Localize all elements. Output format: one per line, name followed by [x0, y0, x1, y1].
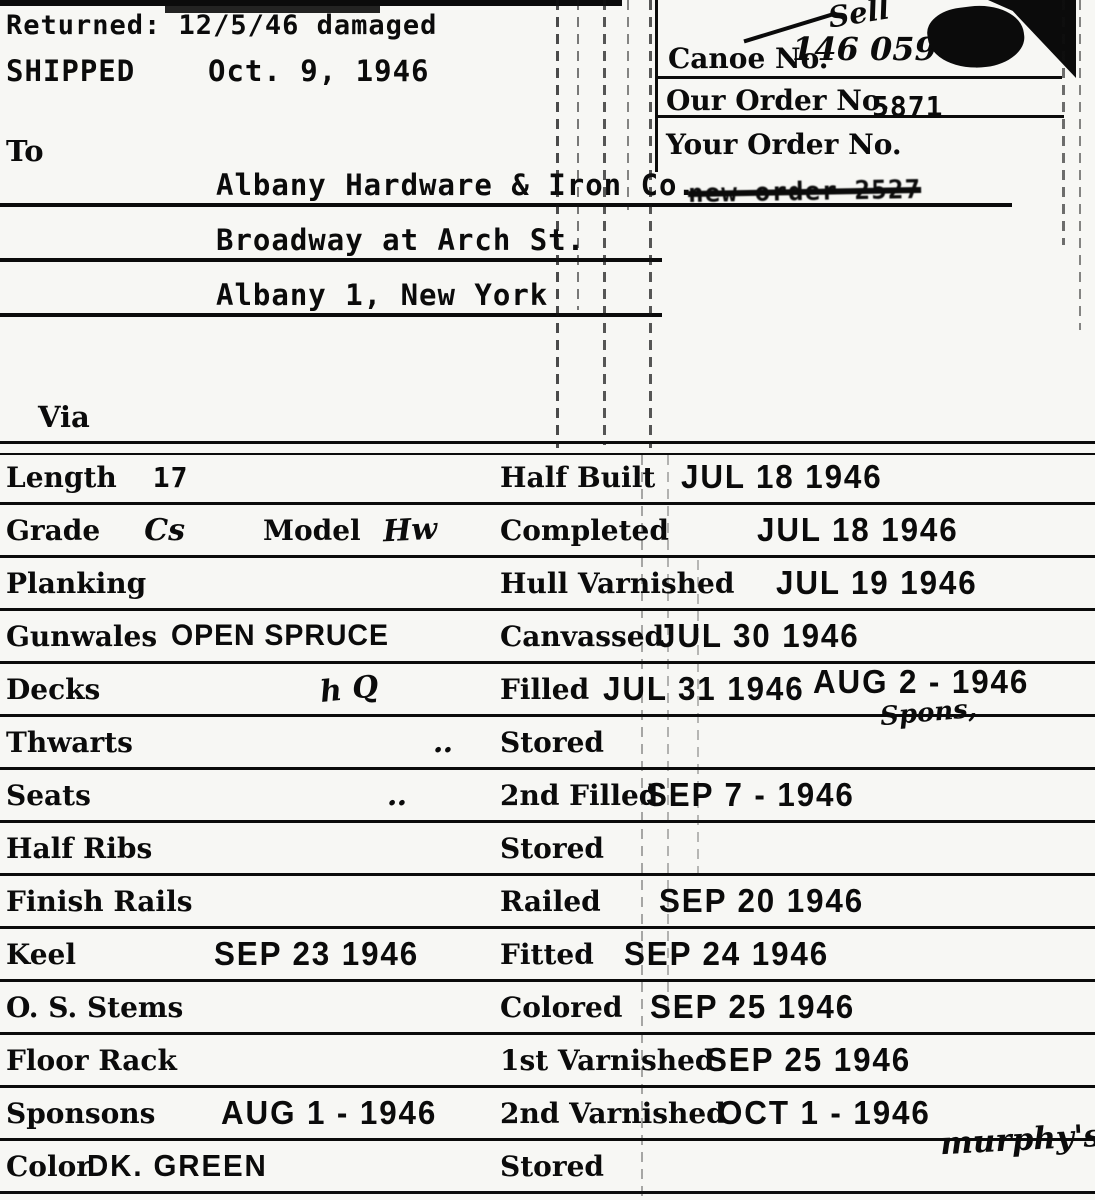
table-row: Finish RailsRailedSEP 20 1946 [0, 876, 1095, 929]
status-cell: RailedSEP 20 1946 [500, 876, 1095, 926]
via-label: Via [38, 400, 90, 434]
status-label: Canvassed [500, 620, 664, 653]
spec-label: Planking [6, 567, 146, 600]
spec-cell: Finish Rails [0, 876, 500, 926]
spec-cell: Planking [0, 558, 500, 608]
status-cell: CanvassedJUL 30 1946 [500, 611, 1095, 661]
spec-value-2: Hw [382, 511, 438, 549]
status-extra-date-stamp: AUG 2 - 1946 [813, 663, 1029, 701]
status-label: Half Built [500, 461, 655, 494]
address-line-1: Albany Hardware & Iron Co. [216, 168, 696, 202]
status-cell: ColoredSEP 25 1946 [500, 982, 1095, 1032]
our-order-value: 5871 [872, 90, 943, 123]
table-row: ColorDK. GREENStored [0, 1141, 1095, 1194]
status-date-stamp: JUL 18 1946 [681, 458, 883, 496]
spec-cell: Floor Rack [0, 1035, 500, 1085]
status-label: Stored [500, 726, 604, 759]
spec-cell: Thwarts‥ [0, 717, 500, 767]
spec-value: 17 [153, 461, 189, 494]
table-row: Seats‥2nd FilledSEP 7 - 1946 [0, 770, 1095, 823]
status-date-stamp: SEP 25 1946 [706, 1041, 911, 1079]
status-label: 2nd Varnished [500, 1097, 726, 1130]
spec-cell: KeelSEP 23 1946 [0, 929, 500, 979]
spec-cell: Half Ribs [0, 823, 500, 873]
spec-value: SEP 23 1946 [214, 935, 419, 973]
spec-cell: ColorDK. GREEN [0, 1141, 500, 1191]
spec-cell: O. S. Stems [0, 982, 500, 1032]
spec-value: DK. GREEN [87, 1148, 268, 1184]
address-line-3: Albany 1, New York [216, 278, 548, 312]
ink-blot [925, 0, 1028, 73]
rule-line [0, 203, 1012, 207]
to-label: To [6, 134, 44, 168]
returned-note: Returned: 12/5/46 damaged [6, 10, 437, 41]
status-cell: FilledJUL 31 1946AUG 2 - 1946Spons, [500, 664, 1095, 714]
spec-cell: Length17 [0, 452, 500, 502]
status-label: Colored [500, 991, 622, 1024]
table-row: SponsonsAUG 1 - 19462nd VarnishedOCT 1 -… [0, 1088, 1095, 1141]
order-box-border [655, 0, 658, 172]
rule-line [658, 115, 1064, 118]
spec-label: Seats [6, 779, 91, 812]
status-label: Completed [500, 514, 669, 547]
canoe-no-value: 146 059 [792, 30, 937, 68]
record-table: Length17Half BuiltJUL 18 1946GradeCsMode… [0, 452, 1095, 1194]
status-label: Stored [500, 832, 604, 865]
spec-label: Thwarts [6, 726, 133, 759]
status-cell: 2nd VarnishedOCT 1 - 1946murphy's [500, 1088, 1095, 1138]
status-cell: 1st VarnishedSEP 25 1946 [500, 1035, 1095, 1085]
status-label: 2nd Filled [500, 779, 658, 812]
spec-label: O. S. Stems [6, 991, 183, 1024]
spec-label: Finish Rails [6, 885, 192, 918]
card-header: Returned: 12/5/46 damaged SHIPPED Oct. 9… [0, 0, 1095, 455]
status-date-stamp: JUL 18 1946 [757, 511, 959, 549]
table-row: KeelSEP 23 1946FittedSEP 24 1946 [0, 929, 1095, 982]
status-label: Fitted [500, 938, 594, 971]
spec-label: Length [6, 461, 117, 494]
status-label: Hull Varnished [500, 567, 734, 600]
status-cell: FittedSEP 24 1946 [500, 929, 1095, 979]
status-cell: Stored [500, 823, 1095, 873]
spec-cell: Seats‥ [0, 770, 500, 820]
spec-value: h Q [319, 669, 381, 710]
table-row: O. S. StemsColoredSEP 25 1946 [0, 982, 1095, 1035]
status-label: 1st Varnished [500, 1044, 714, 1077]
spec-cell: GradeCsModelHw [0, 505, 500, 555]
rule-line [658, 76, 1062, 79]
status-date-stamp: JUL 19 1946 [776, 564, 978, 602]
spec-label-2: Model [263, 514, 361, 547]
table-row: Floor Rack1st VarnishedSEP 25 1946 [0, 1035, 1095, 1088]
status-cell: Half BuiltJUL 18 1946 [500, 452, 1095, 502]
status-date-stamp: SEP 25 1946 [650, 988, 855, 1026]
status-date-stamp: SEP 7 - 1946 [646, 776, 855, 814]
rule-line [0, 258, 662, 262]
status-cell: 2nd FilledSEP 7 - 1946 [500, 770, 1095, 820]
table-row: Half RibsStored [0, 823, 1095, 876]
status-label: Stored [500, 1150, 604, 1183]
spec-label: Decks [6, 673, 100, 706]
status-date-stamp: SEP 24 1946 [624, 935, 829, 973]
table-row: PlankingHull VarnishedJUL 19 1946 [0, 558, 1095, 611]
shipped-date: Oct. 9, 1946 [208, 54, 430, 88]
status-date-stamp: JUL 31 1946 [603, 670, 805, 708]
your-order-label: Your Order No. [666, 128, 902, 161]
spec-label: Sponsons [6, 1097, 155, 1130]
spec-label: Floor Rack [6, 1044, 177, 1077]
status-cell: CompletedJUL 18 1946 [500, 505, 1095, 555]
spec-value: ‥ [433, 725, 453, 760]
spec-cell: GunwalesOPEN SPRUCE [0, 611, 500, 661]
status-date-stamp: JUL 30 1946 [658, 617, 860, 655]
spec-cell: SponsonsAUG 1 - 1946 [0, 1088, 500, 1138]
record-card: Returned: 12/5/46 damaged SHIPPED Oct. 9… [0, 0, 1095, 1200]
status-cell: Stored [500, 717, 1095, 767]
spec-label: Half Ribs [6, 832, 152, 865]
spec-value: ‥ [387, 778, 407, 813]
spec-label: Color [6, 1150, 91, 1183]
table-row: Thwarts‥Stored [0, 717, 1095, 770]
address-line-2: Broadway at Arch St. [216, 223, 585, 257]
spec-label: Keel [6, 938, 76, 971]
table-row: Length17Half BuiltJUL 18 1946 [0, 452, 1095, 505]
table-row: Decksh QFilledJUL 31 1946AUG 2 - 1946Spo… [0, 664, 1095, 717]
shipped-label: SHIPPED [6, 54, 135, 88]
spec-label: Grade [6, 514, 100, 547]
spec-value: OPEN SPRUCE [171, 619, 389, 653]
our-order-label: Our Order No. [666, 84, 890, 117]
status-label: Railed [500, 885, 601, 918]
status-cell: Hull VarnishedJUL 19 1946 [500, 558, 1095, 608]
table-row: GradeCsModelHwCompletedJUL 18 1946 [0, 505, 1095, 558]
spec-label: Gunwales [6, 620, 157, 653]
status-label: Filled [500, 673, 589, 706]
status-date-stamp: OCT 1 - 1946 [718, 1094, 931, 1132]
spec-value: AUG 1 - 1946 [221, 1094, 437, 1132]
status-date-stamp: SEP 20 1946 [659, 882, 864, 920]
rule-line [0, 313, 662, 317]
spec-value: Cs [144, 513, 185, 548]
table-row: GunwalesOPEN SPRUCECanvassedJUL 30 1946 [0, 611, 1095, 664]
spec-cell: Decksh Q [0, 664, 500, 714]
